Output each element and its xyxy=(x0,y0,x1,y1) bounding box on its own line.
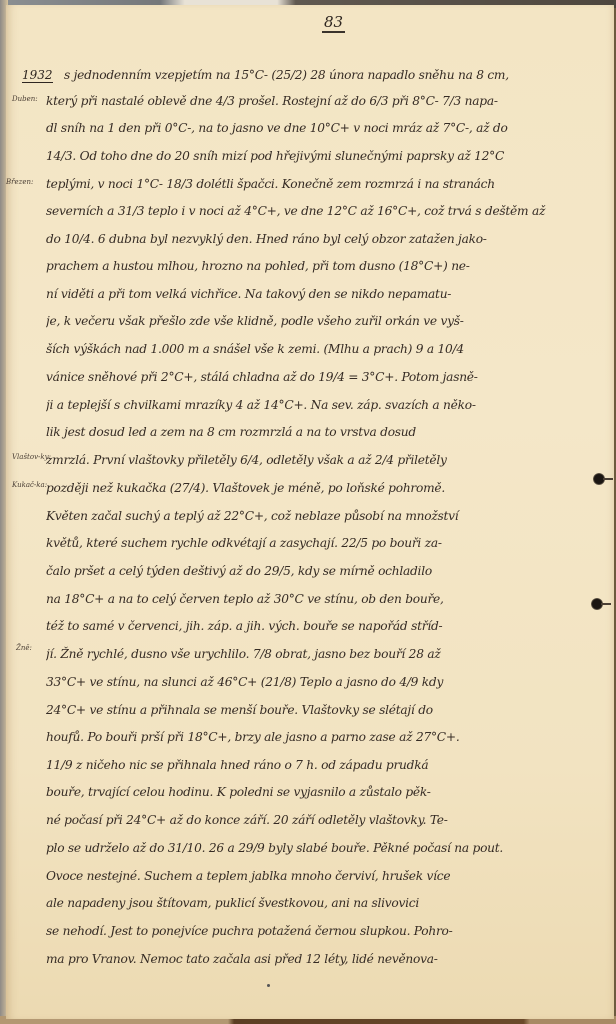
text-line: se nehodí. Jest to ponejvíce puchra pota… xyxy=(46,922,596,940)
punch-hole-icon xyxy=(591,598,603,610)
page-number: 83 xyxy=(322,14,345,33)
text-line: ní viděti a při tom velká vichřice. Na t… xyxy=(46,285,596,303)
text-line: zmrzlá. První vlaštovky přiletěly 6/4, o… xyxy=(46,451,596,469)
text-line: na 18°C+ a na to celý červen teplo až 30… xyxy=(46,590,596,608)
text-line: houfů. Po bouři prší při 18°C+, brzy ale… xyxy=(46,728,596,746)
text-line: prachem a hustou mlhou, hrozno na pohled… xyxy=(46,257,596,275)
text-line: jí. Žně rychlé, dusno vše urychlilo. 7/8… xyxy=(46,645,596,663)
text-line: čalo pršet a celý týden deštivý až do 29… xyxy=(46,562,596,580)
text-line: 11/9 z ničeho nic se přihnala hned ráno … xyxy=(46,756,596,774)
text-line: lik jest dosud led a zem na 8 cm rozmrzl… xyxy=(46,423,596,441)
text-line: né počasí při 24°C+ až do konce září. 20… xyxy=(46,811,596,829)
text-line: později než kukačka (27/4). Vlaštovek je… xyxy=(46,479,596,497)
text-line: ale napadeny jsou štítovam, puklicí šves… xyxy=(46,894,596,912)
text-line: severních a 31/3 teplo i v noci až 4°C+,… xyxy=(46,202,596,220)
text-line: ších výškách nad 1.000 m a snášel vše k … xyxy=(46,340,596,358)
text-line: květů, které suchem rychle odkvétají a z… xyxy=(46,534,596,552)
text-line: ma pro Vranov. Nemoc tato začala asi pře… xyxy=(46,950,596,968)
text-line: 24°C+ ve stínu a přihnala se menší bouře… xyxy=(46,701,596,719)
year-heading: 1932 xyxy=(22,68,53,83)
margin-note-brezen: Březen: xyxy=(6,178,46,187)
text-line: s jednodenním vzepjetím na 15°C- (25/2) … xyxy=(64,66,596,84)
text-line: do 10/4. 6 dubna byl nezvyklý den. Hned … xyxy=(46,230,596,248)
text-line: dl sníh na 1 den při 0°C-, na to jasno v… xyxy=(46,119,596,137)
text-line: který při nastalé oblevě dne 4/3 prošel.… xyxy=(46,92,596,110)
text-line: Ovoce nestejné. Suchem a teplem jablka m… xyxy=(46,867,596,885)
punch-hole-icon xyxy=(593,473,605,485)
text-line: bouře, trvající celou hodinu. K poledni … xyxy=(46,783,596,801)
text-line: 14/3. Od toho dne do 20 sníh mizí pod hř… xyxy=(46,147,596,165)
text-line: plo se udrželo až do 31/10. 26 a 29/9 by… xyxy=(46,839,596,857)
text-line: ji a teplejší s chvilkami mrazíky 4 až 1… xyxy=(46,396,596,414)
text-line: Květen začal suchý a teplý až 22°C+, což… xyxy=(46,507,596,525)
text-line: teplými, v noci 1°C- 18/3 dolétli špačci… xyxy=(46,175,596,193)
text-line: též to samé v červenci, jih. záp. a jih.… xyxy=(46,617,596,635)
text-line: vánice sněhové při 2°C+, stálá chladna a… xyxy=(46,368,596,386)
text-line: je, k večeru však přešlo zde vše klidně,… xyxy=(46,312,596,330)
text-line: 33°C+ ve stínu, na slunci až 46°C+ (21/8… xyxy=(46,673,596,691)
ink-dot xyxy=(267,984,270,987)
